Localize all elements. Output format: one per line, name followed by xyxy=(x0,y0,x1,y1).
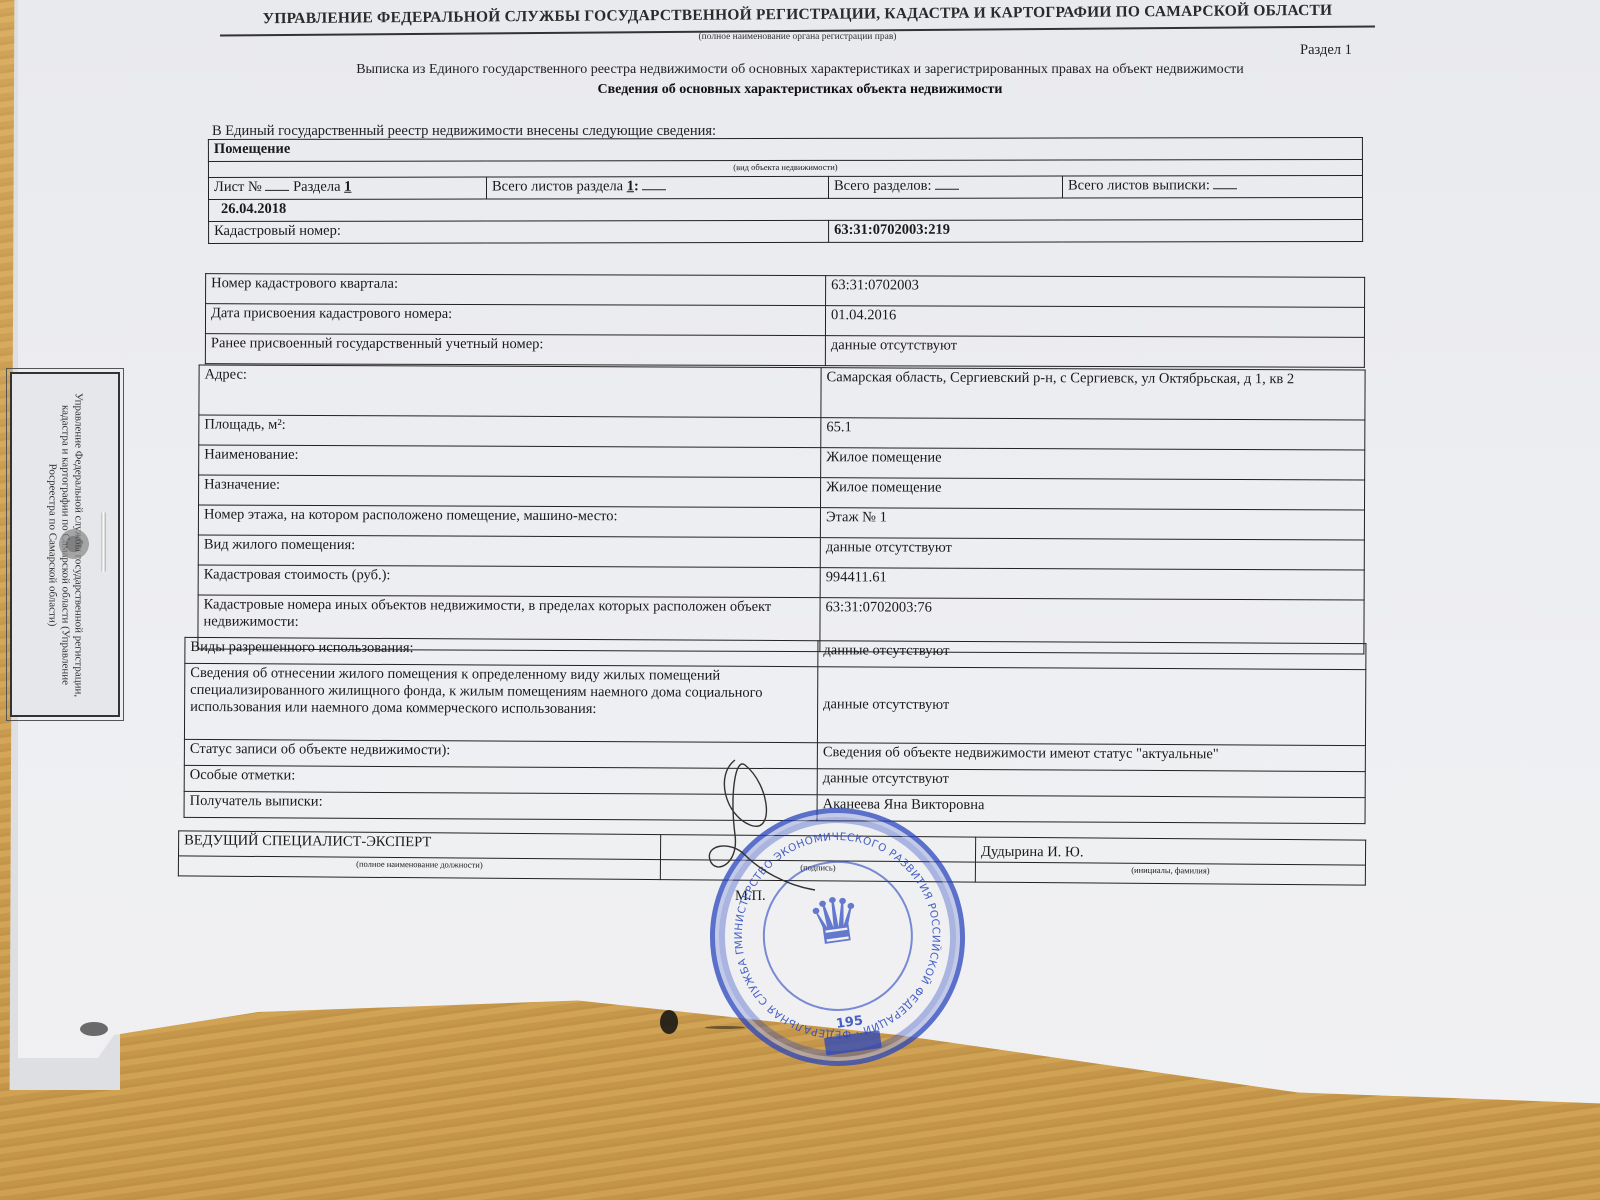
row-label: Дата присвоения кадастрового номера: xyxy=(205,304,825,336)
row-label: Сведения об отнесении жилого помещения к… xyxy=(184,663,817,742)
row-value: 65.1 xyxy=(821,418,1365,450)
sheet-number-blank xyxy=(265,179,289,191)
row-label: Ранее присвоенный государственный учетны… xyxy=(205,334,825,366)
double-headed-eagle-icon: ♛ xyxy=(804,888,868,957)
table-row: Адрес: Самарская область, Сергиевский р-… xyxy=(199,365,1365,420)
date-row: 26.04.2018 xyxy=(209,197,1363,221)
row-value: данные отсутствуют xyxy=(820,538,1364,570)
row-value: 63:31:0702003 xyxy=(826,276,1365,308)
extract-title: Выписка из Единого государственного реес… xyxy=(230,62,1370,78)
cadastral-info-table: Номер кадастрового квартала: 63:31:07020… xyxy=(205,273,1365,368)
row-value: Жилое помещение xyxy=(821,478,1365,510)
sheet-number-cell: Лист № Раздела 1 xyxy=(208,177,486,199)
row-value: данные отсутствуют xyxy=(817,667,1365,746)
total-sheets-section-cell: Всего листов раздела 1: xyxy=(486,176,828,199)
section-prefix: Раздела xyxy=(293,179,340,195)
row-label: Номер этажа, на котором расположено поме… xyxy=(198,505,820,538)
cadastral-number-row: Кадастровый номер: 63:31:0702003:219 xyxy=(209,219,1363,243)
extract-subtitle: Сведения об основных характеристиках объ… xyxy=(230,82,1370,98)
object-type: Помещение xyxy=(208,137,1362,161)
row-value: Этаж № 1 xyxy=(820,508,1364,540)
total-sections-label: Всего разделов: xyxy=(834,178,932,194)
total-sheets-section-value: 1 xyxy=(627,178,634,194)
total-sheets-extract-label: Всего листов выписки: xyxy=(1068,177,1210,193)
row-value: Самарская область, Сергиевский р-н, с Се… xyxy=(821,368,1365,420)
total-sections-blank xyxy=(935,178,959,190)
extract-date: 26.04.2018 xyxy=(209,197,1363,221)
total-sheets-section-blank xyxy=(642,178,666,190)
row-label: Кадастровая стоимость (руб.): xyxy=(198,565,820,598)
total-sheets-extract-cell: Всего листов выписки: xyxy=(1062,175,1362,198)
row-value: Жилое помещение xyxy=(821,448,1365,480)
section-number: 1 xyxy=(344,179,351,195)
total-sheets-section-label: Всего листов раздела xyxy=(492,178,623,194)
row-label: Вид жилого помещения: xyxy=(198,535,820,568)
position-title: ВЕДУЩИЙ СПЕЦИАЛИСТ-ЭКСПЕРТ xyxy=(178,831,660,860)
position-caption: (полное наименование должности) xyxy=(178,856,660,880)
organization-title: УПРАВЛЕНИЕ ФЕДЕРАЛЬНОЙ СЛУЖБЫ ГОСУДАРСТВ… xyxy=(220,1,1375,28)
row-label: Виды разрешенного использования: xyxy=(185,637,818,666)
row-label: Адрес: xyxy=(199,365,821,418)
row-value: Сведения об объекте недвижимости имеют с… xyxy=(817,743,1365,772)
ink-smudge xyxy=(660,1010,678,1034)
section-label: Раздел 1 xyxy=(1300,42,1352,59)
signer-name: Дудырина И. Ю. xyxy=(975,837,1365,865)
table-row: Ранее присвоенный государственный учетны… xyxy=(205,334,1364,368)
row-label: Номер кадастрового квартала: xyxy=(206,274,826,306)
table-row: Дата присвоения кадастрового номера: 01.… xyxy=(205,304,1364,338)
ink-smudge xyxy=(705,1026,745,1029)
sheet-info-row: Лист № Раздела 1 Всего листов раздела 1:… xyxy=(208,175,1362,199)
property-characteristics-table: Адрес: Самарская область, Сергиевский р-… xyxy=(197,364,1365,654)
sheet-number-label: Лист № xyxy=(214,179,262,195)
total-sections-cell: Всего разделов: xyxy=(828,176,1062,198)
table-row: Сведения об отнесении жилого помещения к… xyxy=(184,663,1365,745)
row-value: данные отсутствуют xyxy=(818,641,1366,670)
row-value: данные отсутствуют xyxy=(817,769,1365,798)
extract-document: УПРАВЛЕНИЕ ФЕДЕРАЛЬНОЙ СЛУЖБЫ ГОСУДАРСТВ… xyxy=(0,0,1600,1200)
row-label: Наименование: xyxy=(199,445,821,478)
name-caption: (инициалы, фамилия) xyxy=(975,862,1365,885)
handwritten-signature xyxy=(705,755,825,895)
table-row: Номер кадастрового квартала: 63:31:07020… xyxy=(206,274,1365,308)
cadastral-number-label: Кадастровый номер: xyxy=(209,220,829,243)
row-value: 01.04.2016 xyxy=(825,306,1364,338)
row-label: Площадь, м²: xyxy=(199,415,821,448)
total-sheets-extract-blank xyxy=(1213,177,1237,189)
row-label: Назначение: xyxy=(199,475,821,508)
object-header-table: Помещение (вид объекта недвижимости) Лис… xyxy=(208,137,1363,244)
organization-caption: (полное наименование органа регистрации … xyxy=(220,32,1375,42)
ink-smudge xyxy=(80,1022,108,1036)
row-value: 994411.61 xyxy=(820,568,1364,600)
object-type-row: Помещение xyxy=(208,137,1362,161)
cadastral-number-value: 63:31:0702003:219 xyxy=(829,219,1363,242)
row-value: данные отсутствуют xyxy=(825,336,1364,368)
